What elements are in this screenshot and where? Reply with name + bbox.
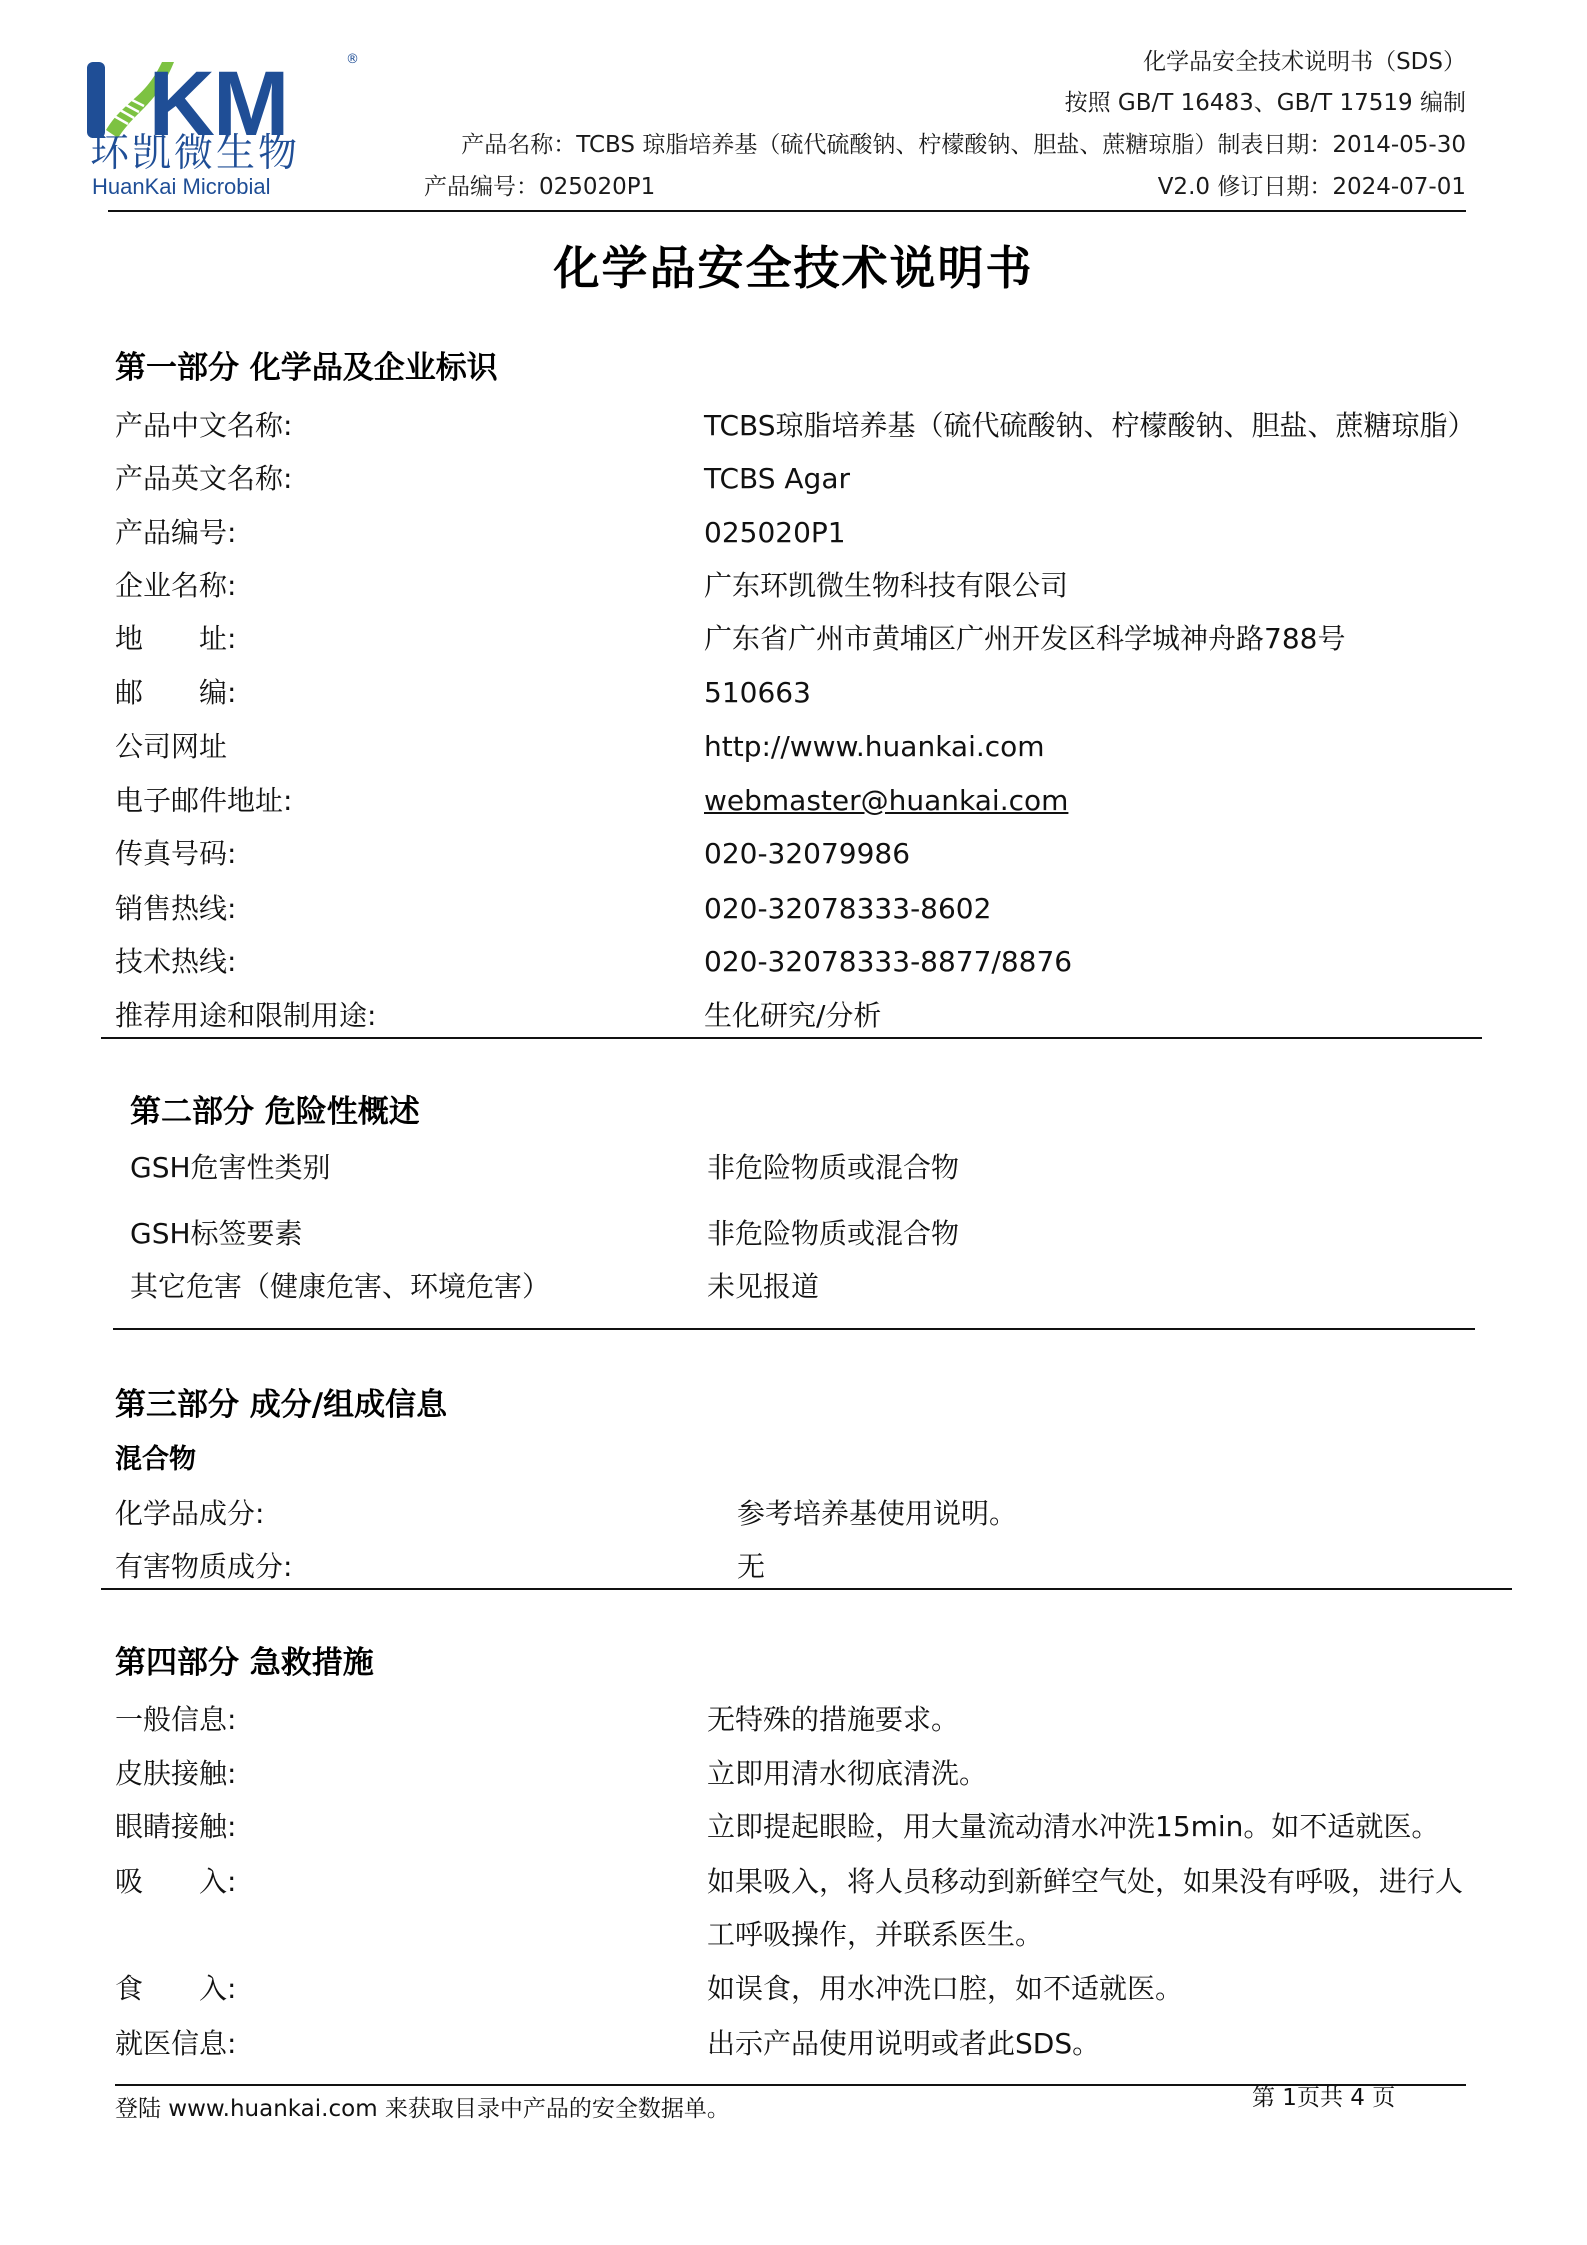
section-2-divider — [113, 1328, 1475, 1330]
row-label: 邮 编: — [115, 679, 236, 707]
row-label: 地 址: — [115, 625, 236, 653]
row-label: 产品中文名称: — [115, 412, 292, 440]
created-date: 2014-05-30 — [1332, 132, 1466, 158]
row-value: 025020P1 — [704, 519, 846, 547]
product-code: 025020P1 — [539, 174, 655, 200]
revised-date: 2024-07-01 — [1332, 174, 1466, 200]
row-label: 食 入: — [115, 1975, 236, 2003]
row-label: 推荐用途和限制用途: — [115, 1002, 376, 1030]
row-label: 传真号码: — [115, 840, 236, 868]
row-label: 一般信息: — [115, 1706, 236, 1734]
row-value: 无 — [737, 1553, 765, 1581]
row-value: 非危险物质或混合物 — [707, 1154, 959, 1182]
row-label: 产品英文名称: — [115, 465, 292, 493]
section-1-heading: 第一部分 化学品及企业标识 — [115, 353, 498, 384]
header-doc-type: 化学品安全技术说明书（SDS） — [1143, 51, 1466, 74]
section-2-heading: 第二部分 危险性概述 — [130, 1097, 420, 1128]
row-value: TCBS Agar — [704, 465, 850, 493]
row-value: 无特殊的措施要求。 — [707, 1706, 959, 1734]
header-divider — [108, 210, 1466, 212]
row-label: 有害物质成分: — [115, 1553, 292, 1581]
row-label: 就医信息: — [115, 2030, 236, 2058]
header-standard: 按照 GB/T 16483、GB/T 17519 编制 — [1065, 92, 1466, 115]
section-3-divider — [101, 1588, 1512, 1590]
row-value-continued: 工呼吸操作，并联系医生。 — [707, 1921, 1043, 1949]
row-label: 产品编号: — [115, 519, 236, 547]
row-value: 广东环凯微生物科技有限公司 — [704, 572, 1068, 600]
row-label: 吸 入: — [115, 1868, 236, 1896]
row-value: 生化研究/分析 — [704, 1002, 881, 1030]
row-label: 皮肤接触: — [115, 1760, 236, 1788]
revised-label: 修订日期： — [1217, 174, 1332, 200]
company-logo: HHKM ® 环凯微生物 HuanKai Microbial — [84, 52, 354, 202]
section-4-heading: 第四部分 急救措施 — [115, 1648, 374, 1679]
website-link[interactable]: http://www.huankai.com — [704, 733, 1045, 761]
registered-mark: ® — [346, 52, 359, 67]
logo-english-name: HuanKai Microbial — [92, 176, 271, 198]
header-product-line: 产品名称：TCBS 琼脂培养基（硫代硫酸钠、柠檬酸钠、胆盐、蔗糖琼脂）制表日期：… — [461, 134, 1466, 157]
mixture-subheading: 混合物 — [115, 1446, 196, 1473]
section-1-divider — [101, 1037, 1482, 1039]
product-name: TCBS 琼脂培养基（硫代硫酸钠、柠檬酸钠、胆盐、蔗糖琼脂） — [576, 132, 1217, 158]
row-label: 公司网址 — [115, 733, 227, 761]
row-value: 如果吸入，将人员移动到新鲜空气处，如果没有呼吸，进行人 — [707, 1868, 1463, 1896]
product-code-label: 产品编号： — [424, 174, 539, 200]
row-value: 510663 — [704, 679, 811, 707]
row-label: 其它危害（健康危害、环境危害） — [130, 1273, 550, 1301]
row-value: 非危险物质或混合物 — [707, 1220, 959, 1248]
section-3-heading: 第三部分 成分/组成信息 — [115, 1390, 447, 1421]
header-revision: V2.0 修订日期：2024-07-01 — [1158, 176, 1466, 199]
row-value: 参考培养基使用说明。 — [737, 1500, 1017, 1528]
row-value: 出示产品使用说明或者此SDS。 — [707, 2030, 1100, 2058]
footer-note: 登陆 www.huankai.com 来获取目录中产品的安全数据单。 — [115, 2098, 730, 2121]
logo-chinese-name: 环凯微生物 — [90, 134, 300, 173]
row-label: 电子邮件地址: — [115, 787, 292, 815]
page-number: 第 1页共 4 页 — [1252, 2087, 1395, 2110]
row-value: 立即用清水彻底清洗。 — [707, 1760, 987, 1788]
row-value: 立即提起眼睑，用大量流动清水冲洗15min。如不适就医。 — [707, 1813, 1439, 1841]
row-label: 化学品成分: — [115, 1500, 264, 1528]
row-label: GSH标签要素 — [130, 1220, 303, 1248]
row-label: GSH危害性类别 — [130, 1154, 331, 1182]
header-product-code: 产品编号：025020P1 — [424, 176, 655, 199]
email-link[interactable]: webmaster@huankai.com — [704, 787, 1068, 815]
row-value: 未见报道 — [707, 1273, 819, 1301]
row-value: 020-32078333-8602 — [704, 895, 991, 923]
row-label: 眼睛接触: — [115, 1813, 236, 1841]
row-value: 广东省广州市黄埔区广州开发区科学城神舟路788号 — [704, 625, 1345, 653]
row-value: 如误食，用水冲洗口腔，如不适就医。 — [707, 1975, 1183, 2003]
product-name-label: 产品名称： — [461, 132, 576, 158]
row-label: 技术热线: — [115, 948, 236, 976]
row-label: 企业名称: — [115, 572, 236, 600]
row-value: TCBS琼脂培养基（硫代硫酸钠、柠檬酸钠、胆盐、蔗糖琼脂） — [704, 412, 1476, 440]
row-value: 020-32079986 — [704, 840, 910, 868]
version: V2.0 — [1158, 174, 1210, 200]
created-label: 制表日期： — [1217, 132, 1332, 158]
row-value: 020-32078333-8877/8876 — [704, 948, 1072, 976]
page-title: 化学品安全技术说明书 — [0, 232, 1587, 298]
row-label: 销售热线: — [115, 895, 236, 923]
